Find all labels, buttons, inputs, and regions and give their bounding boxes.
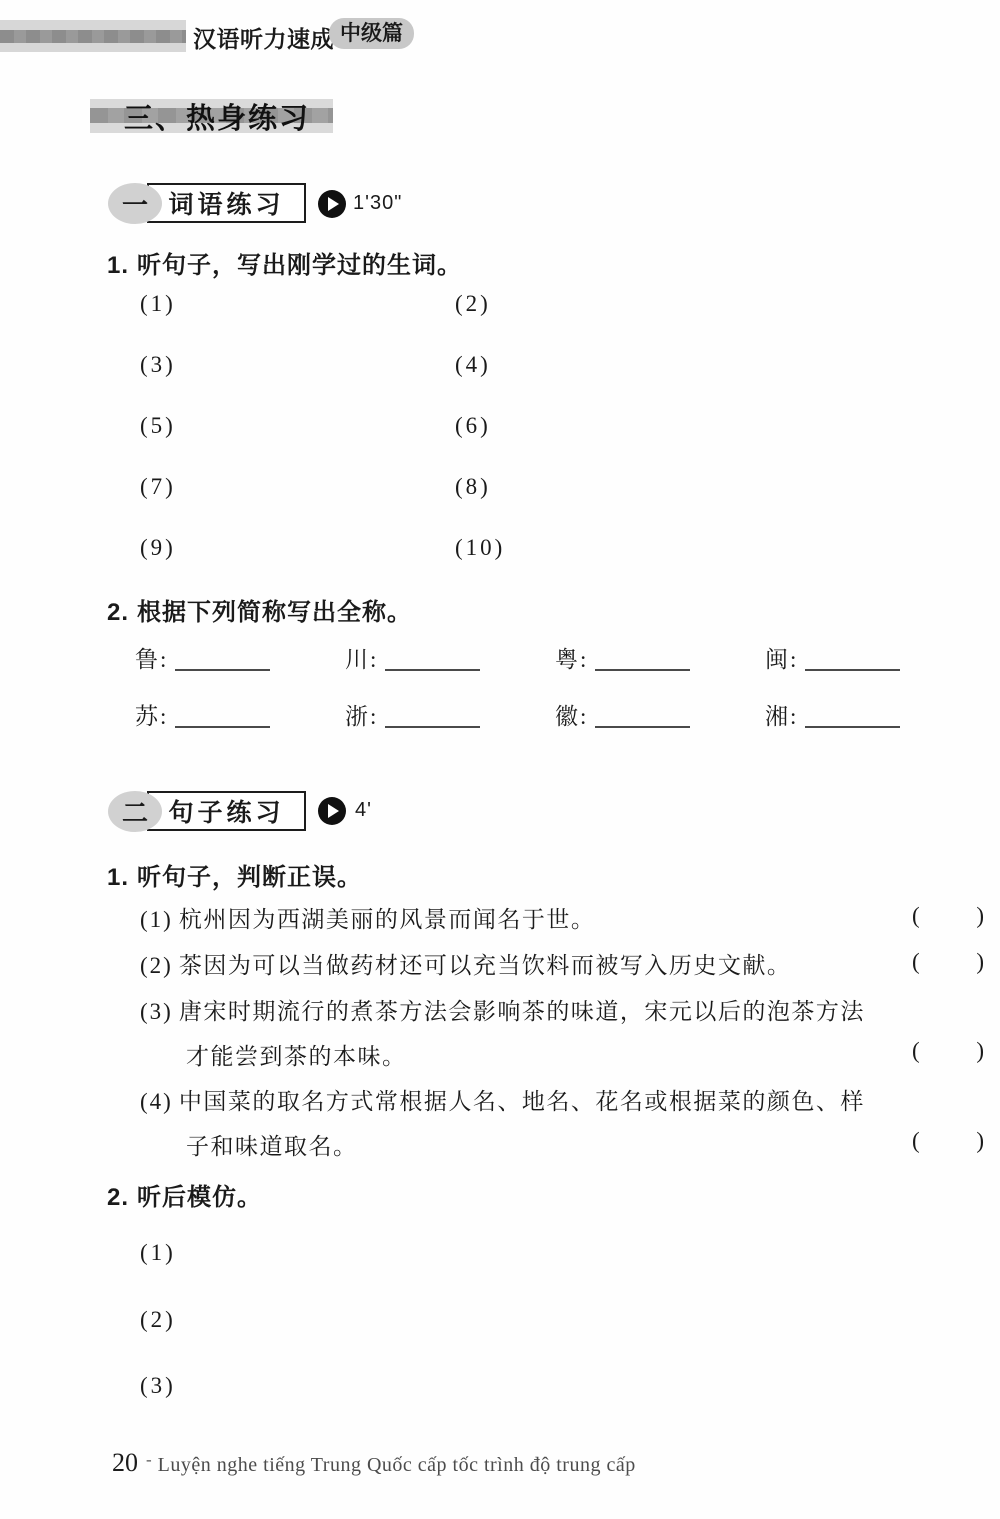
blank-item: (9) (140, 535, 455, 596)
footer-text: Luyện nghe tiếng Trung Quốc cấp tốc trìn… (158, 1454, 636, 1476)
exercise2-task2-heading: 2.听后模仿。 (107, 1177, 262, 1212)
answer-blank-line (595, 710, 690, 728)
task-instruction: 听句子，判断正误。 (137, 864, 362, 891)
statement-line: (2)茶因为可以当做药材还可以充当饮料而被写入历史文献。 (140, 947, 791, 980)
statement-continuation-line: 子和味道取名。 (186, 1128, 358, 1161)
exercise1-task1-heading: 1.听句子，写出刚学过的生词。 (107, 245, 462, 280)
statement-text: 中国菜的取名方式常根据人名、地名、花名或根据菜的颜色、样 (179, 1089, 865, 1114)
blank-item: (10) (455, 535, 655, 596)
abbreviation-item: 浙: (345, 698, 555, 755)
blank-item: (3) (140, 352, 455, 413)
answer-blank-line (385, 710, 480, 728)
abbreviation-label: 徽 (555, 704, 578, 729)
statement-number: (2) (140, 953, 173, 978)
abbreviation-colon: : (160, 704, 166, 729)
statement-line: (3)唐宋时期流行的煮茶方法会影响茶的味道，宋元以后的泡茶方法 (140, 993, 865, 1026)
mimic-item: (1) (140, 1240, 176, 1266)
statement-line: (1)杭州因为西湖美丽的风景而闻名于世。 (140, 901, 595, 934)
task-instruction: 根据下列简称写出全称。 (137, 599, 412, 626)
answer-blank-line (805, 653, 900, 671)
mimic-item: (2) (140, 1307, 176, 1333)
abbreviation-label: 鲁 (135, 647, 158, 672)
level-badge: 中级篇 (329, 18, 414, 49)
statement-number: (1) (140, 907, 173, 932)
abbreviation-item: 苏: (135, 698, 345, 755)
paren-open: ( (912, 1038, 920, 1064)
paren-close: ) (976, 903, 984, 929)
abbreviation-label: 川 (345, 647, 368, 672)
abbreviation-item: 粤: (555, 641, 765, 698)
answer-blank-line (175, 710, 270, 728)
exercise2-title: 句子练习 (168, 793, 284, 829)
statement-text: 子和味道取名。 (186, 1134, 358, 1159)
task-instruction: 听后模仿。 (137, 1184, 262, 1211)
statement-number: (4) (140, 1089, 173, 1114)
abbreviation-colon: : (790, 647, 796, 672)
answer-parentheses: () (912, 1128, 984, 1154)
paren-close: ) (976, 1038, 984, 1064)
abbreviation-colon: : (370, 704, 376, 729)
abbreviation-label: 苏 (135, 704, 158, 729)
exercise2-audio-duration: 4' (355, 799, 372, 822)
answer-blank-line (175, 653, 270, 671)
paren-close: ) (976, 949, 984, 975)
statement-number: (3) (140, 999, 173, 1024)
paren-open: ( (912, 1128, 920, 1154)
paren-close: ) (976, 1128, 984, 1154)
statement-text: 茶因为可以当做药材还可以充当饮料而被写入历史文献。 (179, 953, 792, 978)
blank-item: (4) (455, 352, 655, 413)
abbreviation-item: 湘: (765, 698, 965, 755)
exercise1-title: 词语练习 (168, 185, 284, 221)
exercise2-task1-heading: 1.听句子，判断正误。 (107, 857, 362, 892)
answer-parentheses: () (912, 949, 984, 975)
abbreviation-item: 闽: (765, 641, 965, 698)
section-title: 三、热身练习 (124, 96, 310, 137)
exercise1-title-box: 词语练习 (147, 183, 306, 223)
play-icon (318, 797, 346, 825)
word-blanks-grid: (1) (2) (3) (4) (5) (6) (7) (8) (9) (10) (140, 291, 655, 596)
blank-item: (1) (140, 291, 455, 352)
exercise2-title-box: 句子练习 (147, 791, 306, 831)
mimic-item: (3) (140, 1373, 176, 1399)
task-number: 2. (107, 1184, 129, 1211)
abbreviation-colon: : (580, 647, 586, 672)
page-footer: 20-Luyện nghe tiếng Trung Quốc cấp tốc t… (112, 1448, 636, 1478)
textbook-page: 汉语听力速成 中级篇 三、热身练习 词语练习 一 1'30" 1.听句子，写出刚… (0, 0, 1000, 1519)
task-instruction: 听句子，写出刚学过的生词。 (137, 252, 462, 279)
paren-open: ( (912, 903, 920, 929)
page-number: 20 (112, 1448, 138, 1477)
play-icon (318, 190, 346, 218)
task-number: 1. (107, 252, 129, 279)
abbreviation-item: 川: (345, 641, 555, 698)
exercise1-task2-heading: 2.根据下列简称写出全称。 (107, 592, 412, 627)
statement-continuation-line: 才能尝到茶的本味。 (186, 1038, 407, 1071)
exercise1-number-badge: 一 (108, 183, 162, 224)
answer-blank-line (385, 653, 480, 671)
header-band-stripe (0, 30, 186, 43)
blank-item: (2) (455, 291, 655, 352)
abbreviation-colon: : (580, 704, 586, 729)
footer-separator: - (146, 1450, 152, 1469)
abbreviation-item: 徽: (555, 698, 765, 755)
abbreviation-label: 粤 (555, 647, 578, 672)
abbreviation-colon: : (370, 647, 376, 672)
header-decorative-band (0, 20, 186, 52)
book-title: 汉语听力速成 (193, 21, 334, 54)
abbreviation-label: 湘 (765, 704, 788, 729)
abbreviation-colon: : (160, 647, 166, 672)
answer-blank-line (805, 710, 900, 728)
task-number: 1. (107, 864, 129, 891)
abbreviation-item: 鲁: (135, 641, 345, 698)
abbreviation-label: 浙 (345, 704, 368, 729)
paren-open: ( (912, 949, 920, 975)
answer-blank-line (595, 653, 690, 671)
exercise2-number-badge: 二 (108, 791, 162, 832)
statement-text: 唐宋时期流行的煮茶方法会影响茶的味道，宋元以后的泡茶方法 (179, 999, 865, 1024)
answer-parentheses: () (912, 903, 984, 929)
abbreviation-grid: 鲁: 川: 粤: 闽: 苏: 浙: 徽: 湘: (135, 641, 965, 755)
abbreviation-colon: : (790, 704, 796, 729)
task-number: 2. (107, 599, 129, 626)
blank-item: (7) (140, 474, 455, 535)
exercise1-audio-duration: 1'30" (353, 192, 402, 215)
abbreviation-label: 闽 (765, 647, 788, 672)
blank-item: (6) (455, 413, 655, 474)
statement-text: 才能尝到茶的本味。 (186, 1044, 407, 1069)
blank-item: (8) (455, 474, 655, 535)
true-false-statements: (1)杭州因为西湖美丽的风景而闻名于世。 () (2)茶因为可以当做药材还可以充… (140, 901, 986, 1176)
blank-item: (5) (140, 413, 455, 474)
answer-parentheses: () (912, 1038, 984, 1064)
statement-line: (4)中国菜的取名方式常根据人名、地名、花名或根据菜的颜色、样 (140, 1083, 865, 1116)
statement-text: 杭州因为西湖美丽的风景而闻名于世。 (179, 907, 596, 932)
